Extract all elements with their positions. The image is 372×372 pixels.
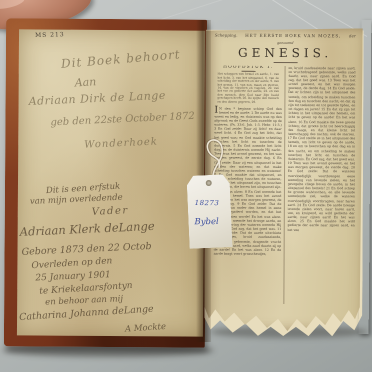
running-head-catchword: der bbox=[349, 33, 356, 38]
tag-hole bbox=[205, 180, 211, 186]
inscription-line: Aan bbox=[74, 75, 96, 89]
tag-label: Bybel bbox=[194, 217, 218, 227]
title-rule bbox=[273, 61, 297, 62]
right-column: en, kruid zaadzaaiende naar zijnen aard,… bbox=[287, 66, 356, 304]
pastedown-page: MS 213 Dit Boek behoort Aan Adriaan Dirk… bbox=[17, 29, 205, 336]
photo-of-open-antique-bible: MS 213 Dit Boek behoort Aan Adriaan Dirk… bbox=[0, 0, 372, 372]
inscription-line: Catharina Johanna deLange bbox=[19, 304, 154, 323]
tag-accession-number: 18273 bbox=[195, 199, 220, 207]
inscription-line: Adriaan Klerk deLange bbox=[19, 219, 155, 239]
accession-tag: 18273 Bybel bbox=[186, 174, 232, 249]
inscription-line: van mijn overledende bbox=[30, 193, 123, 207]
chapter-heading: HOOFDSTUK 1. bbox=[215, 65, 283, 70]
verse-text-right: en, kruid zaadzaaiende naar zijnen aard,… bbox=[287, 66, 355, 232]
running-head-title: HET EERSTE BOEK VAN MOZES, bbox=[237, 33, 348, 39]
inscription-line: 25 January 1901 bbox=[35, 270, 111, 283]
two-column-text: HOOFDSTUK 1. Het scheppen van hemel en a… bbox=[213, 65, 355, 304]
chapter-summary: Het scheppen van hemel en aarde, 1. van … bbox=[214, 73, 282, 104]
running-head-left: Schepping. bbox=[215, 33, 238, 38]
inscription-line: geb den 22ste October 1872 bbox=[50, 111, 195, 129]
inscription-signature: A Mockte bbox=[125, 322, 167, 335]
inscription-line: Adriaan Dirk de Lange bbox=[28, 89, 166, 108]
inscription-line: Dit Boek behoort bbox=[60, 47, 181, 71]
column-rule bbox=[283, 66, 285, 304]
genesis-title: GENESIS. bbox=[215, 45, 356, 60]
leather-front-cover: MS 213 Dit Boek behoort Aan Adriaan Dirk… bbox=[4, 18, 207, 347]
inscription-line: Vader bbox=[92, 205, 129, 218]
genaamd-subtitle: genaamd bbox=[215, 40, 356, 45]
ms-shelfmark: MS 213 bbox=[35, 31, 65, 39]
inscription-line: Overleden op den bbox=[31, 256, 112, 271]
inscription-line: Gebore 1873 den 22 Octob bbox=[21, 241, 151, 258]
inscription-line: Wonderhoek bbox=[84, 136, 158, 150]
running-head: Schepping. HET EERSTE BOEK VAN MOZES, de… bbox=[215, 33, 356, 39]
